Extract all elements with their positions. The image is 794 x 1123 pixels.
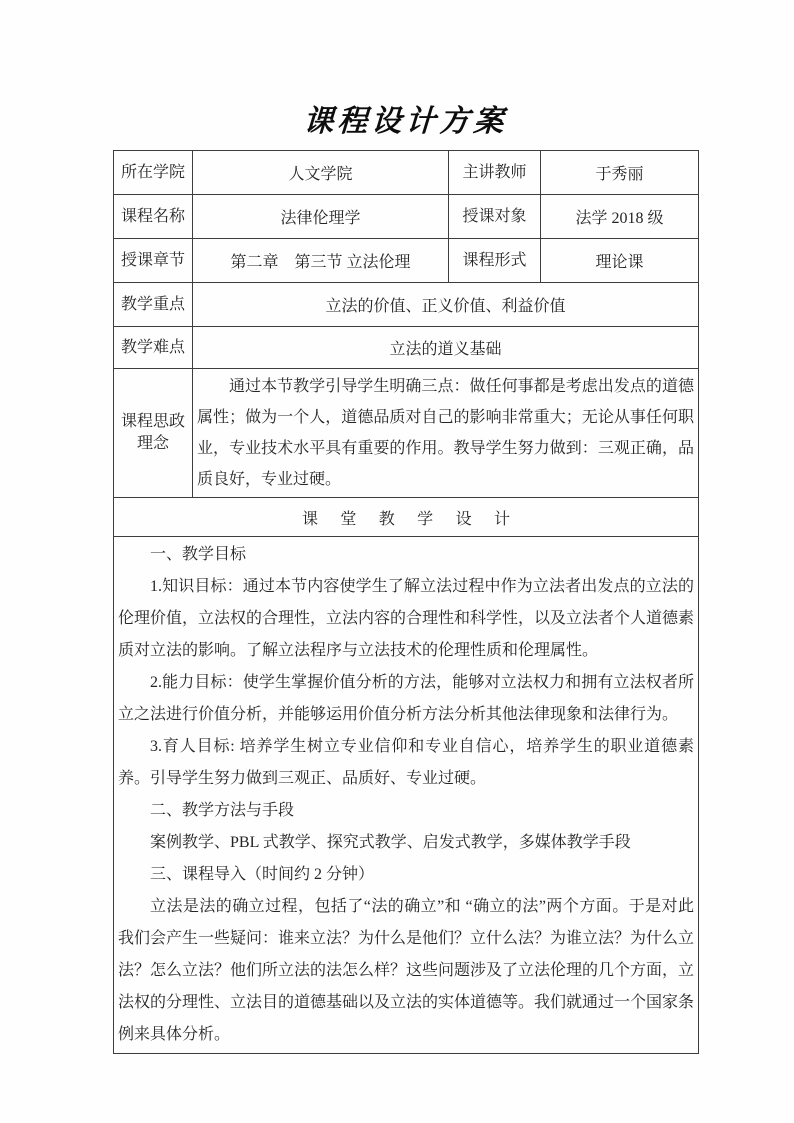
table-row: 课程名称 法律伦理学 授课对象 法学 2018 级	[114, 195, 699, 239]
instructor-label: 主讲教师	[449, 151, 541, 195]
ability-objective-paragraph: 2.能力目标：使学生掌握价值分析的方法，能够对立法权力和拥有立法权者所立之法进行…	[118, 667, 694, 731]
ideology-label: 课程思政理念	[114, 369, 193, 498]
teaching-focus-value: 立法的价值、正义价值、利益价值	[193, 283, 699, 327]
table-row: 教学难点 立法的道义基础	[114, 327, 699, 369]
table-row: 所在学院 人文学院 主讲教师 于秀丽	[114, 151, 699, 195]
course-intro-heading: 三、课程导入（时间约 2 分钟）	[118, 859, 694, 891]
table-row: 教学重点 立法的价值、正义价值、利益价值	[114, 283, 699, 327]
page-title: 课程设计方案	[112, 96, 699, 140]
teaching-methods-paragraph: 案例教学、PBL 式教学、探究式教学、启发式教学，多媒体教学手段	[118, 827, 694, 859]
course-plan-table: 所在学院 人文学院 主讲教师 于秀丽 课程名称 法律伦理学 授课对象 法学 20…	[113, 150, 699, 1054]
teaching-difficulty-value: 立法的道义基础	[193, 327, 699, 369]
classroom-design-header: 课堂教学设计	[114, 498, 699, 537]
course-form-value: 理论课	[541, 239, 699, 283]
ideology-paragraph: 通过本节教学引导学生明确三点：做任何事都是考虑出发点的道德属性；做为一个人，道德…	[197, 371, 694, 495]
table-row: 授课章节 第二章 第三节 立法伦理 课程形式 理论课	[114, 239, 699, 283]
knowledge-objective-paragraph: 1.知识目标：通过本节内容使学生了解立法过程中作为立法者出发点的立法的伦理价值，…	[118, 571, 694, 667]
lesson-design-cell: 一、教学目标 1.知识目标：通过本节内容使学生了解立法过程中作为立法者出发点的立…	[114, 537, 699, 1054]
teaching-methods-heading: 二、教学方法与手段	[118, 795, 694, 827]
college-label: 所在学院	[114, 151, 193, 195]
instructor-value: 于秀丽	[541, 151, 699, 195]
table-row: 一、教学目标 1.知识目标：通过本节内容使学生了解立法过程中作为立法者出发点的立…	[114, 537, 699, 1054]
audience-label: 授课对象	[449, 195, 541, 239]
moral-objective-paragraph: 3.育人目标: 培养学生树立专业信仰和专业自信心，培养学生的职业道德素养。引导学…	[118, 731, 694, 795]
chapter-label: 授课章节	[114, 239, 193, 283]
document-page: 课程设计方案 所在学院 人文学院 主讲教师 于秀丽 课程名称 法律伦理学 授课对…	[0, 0, 794, 1123]
course-intro-paragraph: 立法是法的确立过程，包括了“法的确立”和 “确立的法”两个方面。于是对此我们会产…	[118, 891, 694, 1051]
course-form-label: 课程形式	[449, 239, 541, 283]
teaching-difficulty-label: 教学难点	[114, 327, 193, 369]
ideology-text-cell: 通过本节教学引导学生明确三点：做任何事都是考虑出发点的道德属性；做为一个人，道德…	[193, 369, 699, 498]
table-row: 课程思政理念 通过本节教学引导学生明确三点：做任何事都是考虑出发点的道德属性；做…	[114, 369, 699, 498]
table-row: 课堂教学设计	[114, 498, 699, 537]
teaching-objectives-heading: 一、教学目标	[118, 539, 694, 571]
document-body: 课程设计方案 所在学院 人文学院 主讲教师 于秀丽 课程名称 法律伦理学 授课对…	[113, 96, 698, 1054]
course-name-value: 法律伦理学	[193, 195, 449, 239]
teaching-focus-label: 教学重点	[114, 283, 193, 327]
college-value: 人文学院	[193, 151, 449, 195]
audience-value: 法学 2018 级	[541, 195, 699, 239]
chapter-value: 第二章 第三节 立法伦理	[193, 239, 449, 283]
course-name-label: 课程名称	[114, 195, 193, 239]
